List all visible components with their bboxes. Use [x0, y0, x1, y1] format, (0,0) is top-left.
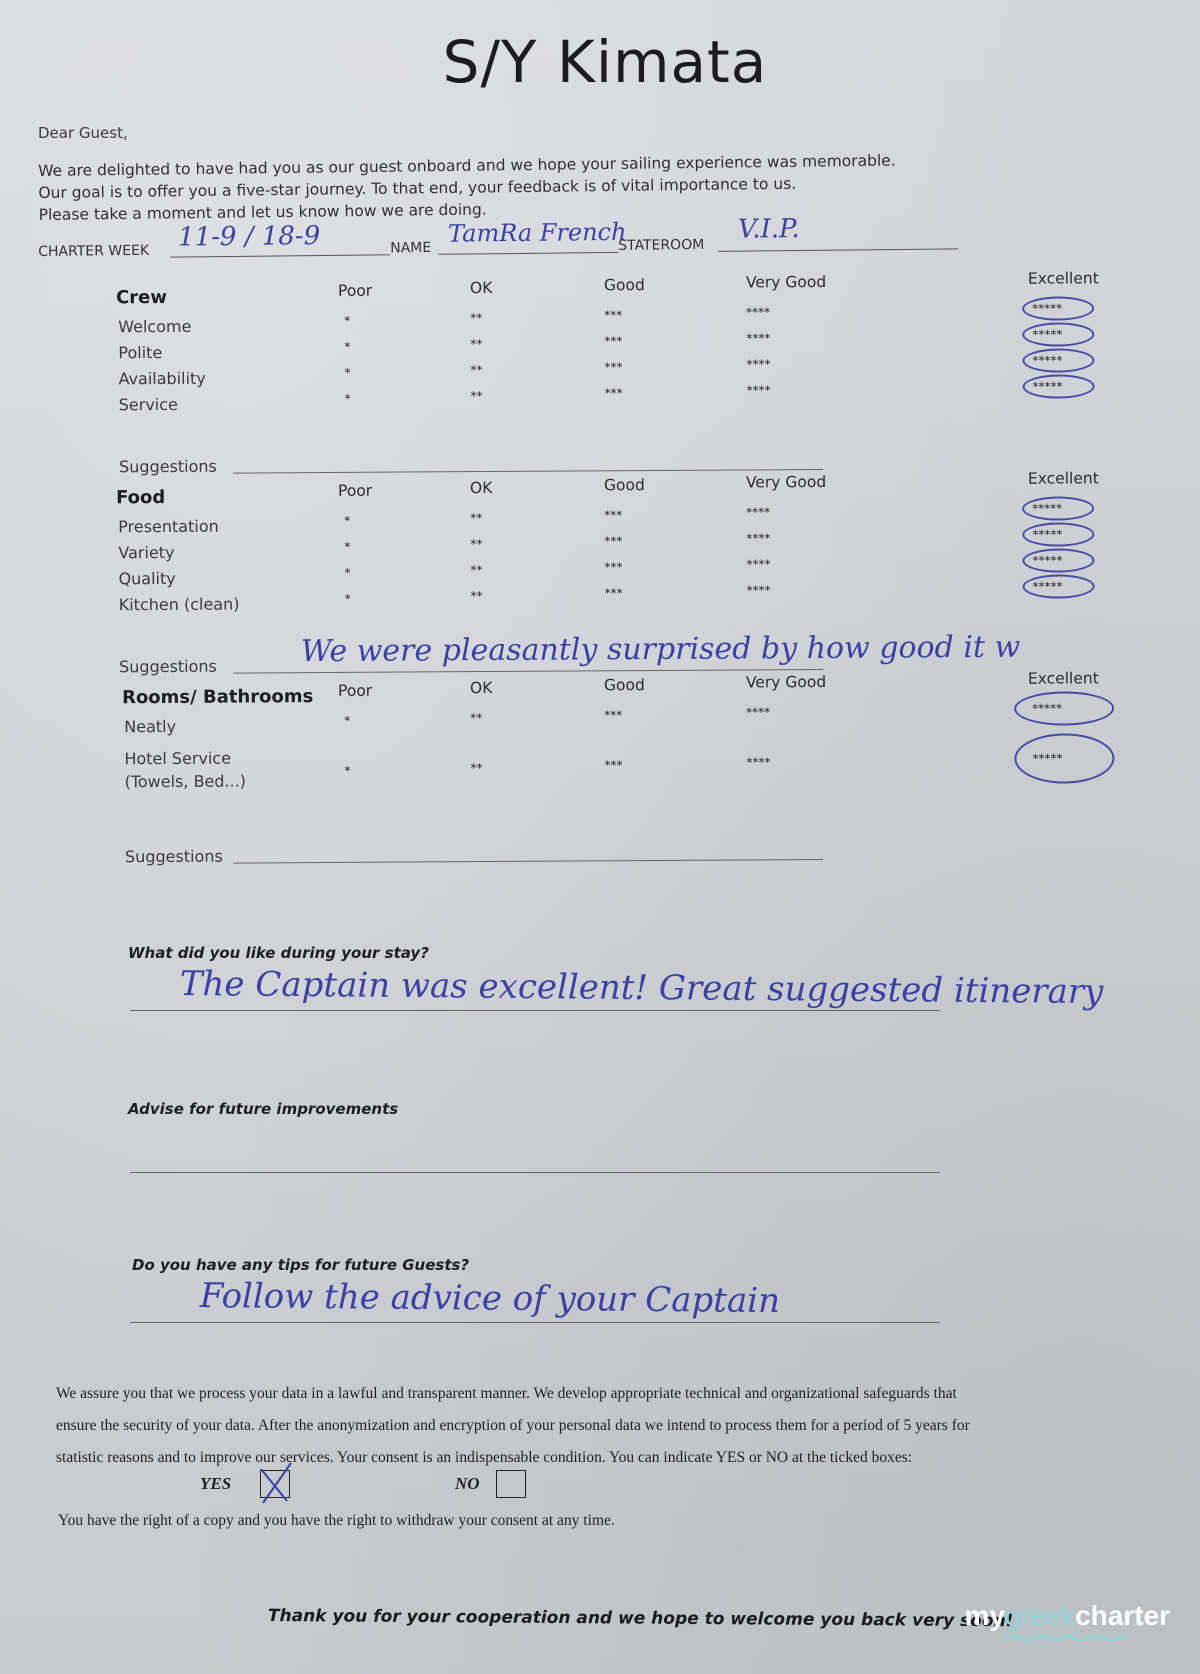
answer-input[interactable]: The Captain was excellent! Great suggest…: [180, 964, 1104, 1012]
column-header-excellent: Excellent: [1028, 669, 1099, 687]
no-checkbox[interactable]: [496, 1470, 526, 1498]
label-line: Hotel Service: [124, 748, 246, 768]
answer-line: [130, 1172, 940, 1173]
yes-checkbox[interactable]: [260, 1470, 290, 1498]
question-label: What did you like during your stay?: [128, 944, 429, 962]
column-header-very-good: Very Good: [746, 673, 826, 691]
privacy-line: ensure the security of your data. After …: [56, 1410, 1196, 1442]
rating-option-4-stars[interactable]: ****: [746, 755, 770, 769]
column-header-good: Good: [604, 676, 645, 694]
rating-option-1-stars[interactable]: *: [344, 764, 350, 778]
rating-option-1-stars[interactable]: *: [344, 714, 350, 728]
label-line: (Towels, Bed...): [125, 771, 247, 791]
column-header-ok: OK: [470, 679, 492, 697]
rating-row-label: Neatly: [124, 717, 176, 736]
yes-label: YES: [200, 1474, 231, 1494]
suggestions-label: Suggestions: [125, 847, 223, 867]
privacy-notice: We assure you that we process your data …: [56, 1378, 1196, 1474]
rating-row-label: Hotel Service(Towels, Bed...): [124, 748, 246, 791]
answer-line: [130, 1010, 940, 1011]
question-label: Do you have any tips for future Guests?: [132, 1256, 469, 1274]
rating-option-3-stars[interactable]: ***: [604, 708, 622, 722]
question-label: Advise for future improvements: [128, 1100, 398, 1118]
watermark-logo: mygreekcharter: [965, 1600, 1170, 1632]
logo-part-my: my: [965, 1600, 1005, 1631]
column-header-poor: Poor: [338, 682, 372, 700]
logo-part-greek: greek: [1005, 1600, 1075, 1631]
rating-option-2-stars[interactable]: **: [470, 711, 482, 725]
wave-icon: [1005, 1634, 1125, 1642]
privacy-line: We assure you that we process your data …: [56, 1378, 1196, 1410]
section-heading: Rooms/ Bathrooms: [122, 686, 313, 708]
rating-option-3-stars[interactable]: ***: [604, 758, 622, 772]
logo-part-charter: charter: [1075, 1600, 1170, 1631]
no-label: NO: [455, 1474, 480, 1494]
answer-line: [130, 1322, 940, 1323]
suggestions-line: [233, 859, 823, 864]
privacy-line: statistic reasons and to improve our ser…: [56, 1442, 1196, 1474]
rights-notice: You have the right of a copy and you hav…: [58, 1512, 615, 1530]
rating-option-2-stars[interactable]: **: [470, 761, 482, 775]
check-cross-icon: [257, 1461, 297, 1505]
selected-rating-circle: [1014, 691, 1114, 726]
selected-rating-circle: [1014, 733, 1114, 784]
answer-input[interactable]: Follow the advice of your Captain: [200, 1276, 780, 1321]
rating-option-4-stars[interactable]: ****: [746, 705, 770, 719]
